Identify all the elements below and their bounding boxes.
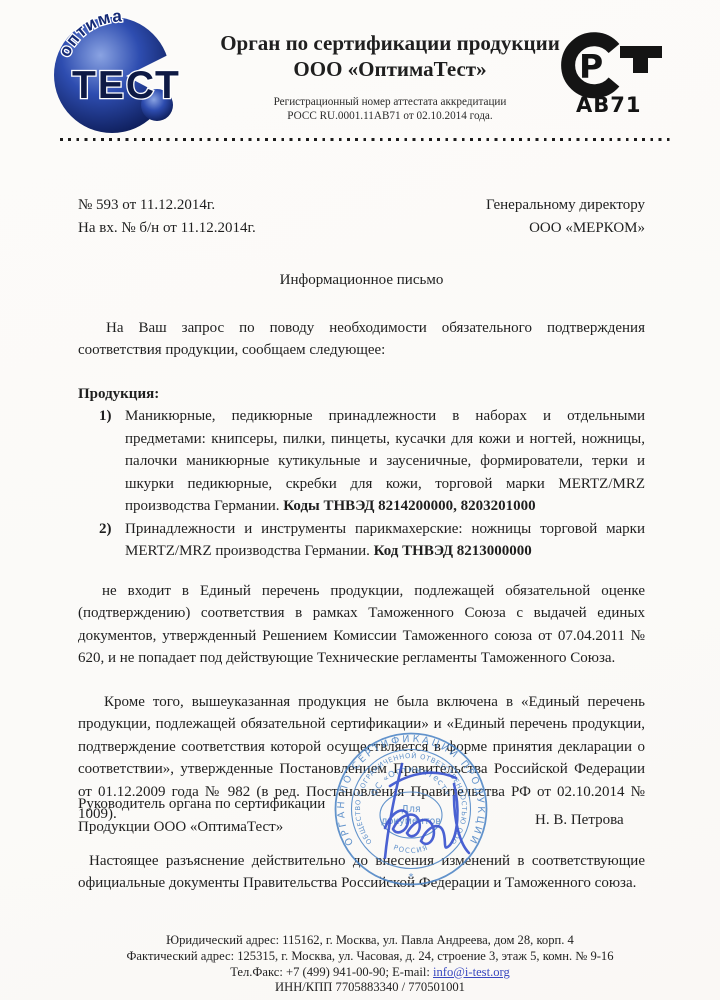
rst-conformity-mark: Р АВ71 — [558, 26, 674, 118]
inn-kpp: ИНН/КПП 7705883340 / 770501001 — [62, 980, 678, 996]
list-item-2: 2) Принадлежности и инструменты парикмах… — [78, 518, 645, 563]
phone-email-line: Тел.Факс: +7 (499) 941-00-90; E-mail: in… — [62, 965, 678, 981]
incoming-number: На вх. № б/н от 11.12.2014г. — [78, 217, 256, 240]
addressee-line2: ООО «МЕРКОМ» — [486, 217, 645, 240]
svg-text:Р: Р — [579, 47, 603, 86]
signer-title-line2: Продукции ООО «ОптимаТест» — [78, 816, 325, 839]
signer-name: Н. В. Петрова — [535, 812, 624, 829]
actual-address: Фактический адрес: 125315, г. Москва, ул… — [62, 949, 678, 965]
list-item-2-number: 2) — [99, 518, 112, 541]
products-heading: Продукция: — [78, 383, 645, 406]
intro-paragraph: На Ваш запрос по поводу необходимости об… — [78, 317, 645, 362]
logo-main-text: ТЕСТ — [72, 64, 181, 107]
accreditation-line2: РОСС RU.0001.11АВ71 от 02.10.2014 года. — [212, 109, 568, 123]
optimatest-logo: оптима ТЕСТ — [38, 12, 218, 138]
accreditation-line1: Регистрационный номер аттестата аккредит… — [212, 95, 568, 109]
org-title-line1: Орган по сертификации продукции — [212, 30, 568, 56]
signer-title-line1: Руководитель органа по сертификации — [78, 793, 325, 816]
list-item-1: 1) Маникюрные, педикюрные принадлежности… — [78, 405, 645, 518]
legal-address: Юридический адрес: 115162, г. Москва, ул… — [62, 933, 678, 949]
addressee-line1: Генеральному директору — [486, 194, 645, 217]
footer-contacts: Юридический адрес: 115162, г. Москва, ул… — [62, 933, 678, 996]
handwritten-signature — [362, 756, 482, 890]
dotted-separator — [60, 138, 674, 141]
accreditation-note: Регистрационный номер аттестата аккредит… — [212, 95, 568, 123]
rst-code: АВ71 — [576, 93, 641, 117]
signature-scribble-icon — [362, 756, 482, 890]
list-item-1-codes: Коды ТНВЭД 8214200000, 8203201000 — [283, 498, 535, 514]
email-link[interactable]: info@i-test.org — [433, 965, 510, 979]
header-title-block: Орган по сертификации продукции ООО «Опт… — [212, 30, 568, 123]
optimatest-logo-icon: оптима ТЕСТ — [38, 12, 218, 138]
paragraph-customs-union: не входит в Единый перечень продукции, п… — [78, 580, 645, 670]
list-item-2-codes: Код ТНВЭД 8213000000 — [374, 543, 532, 559]
reference-row: № 593 от 11.12.2014г. На вх. № б/н от 11… — [78, 194, 645, 240]
rst-mark-icon: Р АВ71 — [558, 26, 674, 118]
addressee: Генеральному директору ООО «МЕРКОМ» — [486, 194, 645, 240]
signer-title: Руководитель органа по сертификации Прод… — [78, 793, 325, 839]
scanned-letter-page: оптима ТЕСТ Орган по сертификации продук… — [0, 0, 720, 1000]
letter-subject: Информационное письмо — [78, 269, 645, 292]
phone-fax: Тел.Факс: +7 (499) 941-00-90; E-mail: — [230, 965, 433, 979]
outgoing-number: № 593 от 11.12.2014г. — [78, 194, 256, 217]
outgoing-ref: № 593 от 11.12.2014г. На вх. № б/н от 11… — [78, 194, 256, 240]
list-item-1-number: 1) — [99, 405, 112, 428]
org-title-line2: ООО «ОптимаТест» — [212, 56, 568, 82]
